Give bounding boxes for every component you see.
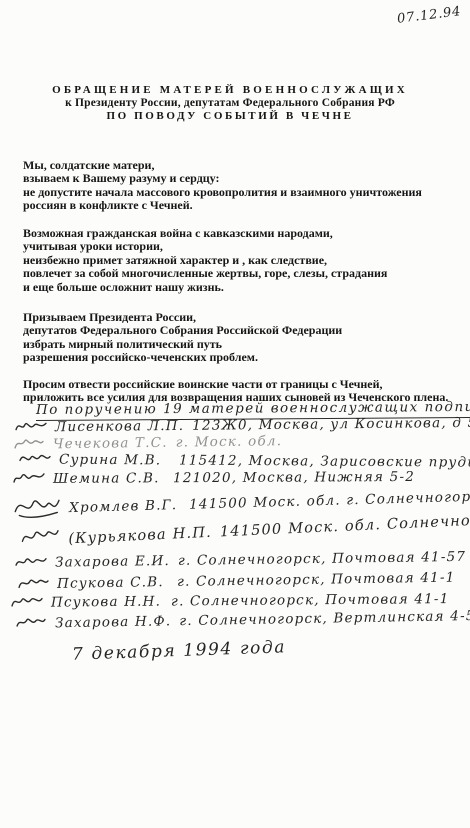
- scanned-letter-page: 07.12.94 ОБРАЩЕНИЕ МАТЕРЕЙ ВОЕННОСЛУЖАЩИ…: [0, 0, 470, 828]
- paragraph-appeal: Мы, солдатские матери, взываем к Вашему …: [23, 159, 422, 213]
- signature-scribble-icon: [15, 614, 47, 630]
- signatory-name: Захарова Е.И.: [55, 553, 170, 571]
- signatory-name: Сурина М.В.: [59, 452, 171, 469]
- signatory-address: г. Солнечногорск, Почтовая 41-1: [171, 591, 450, 609]
- signature-scribble-icon: [19, 450, 51, 465]
- text-line: Призываем Президента России,: [23, 311, 342, 324]
- signatory-address: г. Солнечногорск, Почтовая 41-1: [177, 570, 456, 590]
- text-line: не допустите начала массового кровопроли…: [23, 186, 422, 199]
- text-line: избрать мирный политический путь: [23, 338, 342, 351]
- paragraph-call: Призываем Президента России, депутатов Ф…: [23, 311, 342, 365]
- handwritten-date-stamp: 07.12.94: [396, 4, 462, 27]
- signature-scribble-icon: [11, 594, 43, 609]
- signatory-address: 123Ж0, Москва, ул Косинкова, д 5, кв 3: [192, 414, 470, 433]
- text-line: и еще больше осложнит нашу жизнь.: [23, 281, 387, 294]
- text-line: Возможная гражданская война с кавказским…: [23, 227, 387, 240]
- text-line: повлечет за собой многочисленные жертвы,…: [23, 267, 387, 280]
- signatory-name: Лисенкова Л.П.: [55, 418, 184, 435]
- text-line: Просим отвести российские воинские части…: [23, 378, 448, 391]
- signature-row: Псукова С.В. г. Солнечногорск, Почтовая …: [17, 569, 456, 593]
- signatory-address: г. Солнечногорск, Вертлинская 4-5: [179, 608, 470, 629]
- text-line: разрешения российско-чеченских проблем.: [23, 351, 342, 364]
- title-line-main: ОБРАЩЕНИЕ МАТЕРЕЙ ВОЕННОСЛУЖАЩИХ: [30, 84, 430, 96]
- signatory-name: Чечекова Т.С.: [53, 435, 168, 453]
- signature-scribble-icon: [13, 492, 62, 519]
- signature-scribble-icon: [20, 524, 61, 548]
- text-line: Мы, солдатские матери,: [23, 159, 422, 172]
- signature-scribble-icon: [15, 418, 47, 433]
- signatory-address: г. Солнечногорск, Почтовая 41-57: [178, 549, 466, 569]
- signature-scribble-icon: [17, 575, 49, 591]
- signatory-name: Хромлев В.Г.: [69, 497, 181, 516]
- signatory-address: г. Моск. обл.: [176, 433, 283, 450]
- signatory-name: Захарова Н.Ф.: [55, 613, 172, 631]
- text-line: депутатов Федерального Собрания Российск…: [23, 324, 342, 337]
- signature-row: Захарова Н.Ф. г. Солнечногорск, Вертлинс…: [15, 607, 470, 632]
- signature-row: Захарова Е.И. г. Солнечногорск, Почтовая…: [15, 548, 466, 571]
- text-line: учитывая уроки истории,: [23, 240, 387, 253]
- signature-scribble-icon: [13, 470, 45, 485]
- signatory-name: (Курьякова Н.П.: [68, 525, 212, 548]
- signatory-name: Шемина С.В.: [53, 470, 165, 487]
- document-title-block: ОБРАЩЕНИЕ МАТЕРЕЙ ВОЕННОСЛУЖАЩИХ к Прези…: [30, 84, 430, 122]
- handwritten-bottom-date: 7 декабря 1994 года: [72, 637, 287, 664]
- paragraph-warning: Возможная гражданская война с кавказским…: [23, 227, 387, 294]
- signatory-name: Псукова Н.Н.: [51, 594, 163, 611]
- signatory-address: 141500 Моск. обл. Солнечногорск,: [220, 511, 470, 541]
- signatory-name: Псукова С.В.: [57, 574, 169, 592]
- title-line-addressees: к Президенту России, депутатам Федеральн…: [30, 97, 430, 109]
- signature-scribble-icon: [13, 435, 45, 450]
- text-line: неизбежно примет затяжной характер и , к…: [23, 254, 387, 267]
- text-line: россиян в конфликте с Чечней.: [23, 199, 422, 212]
- text-line: взываем к Вашему разуму и сердцу:: [23, 172, 422, 185]
- title-line-subject: ПО ПОВОДУ СОБЫТИЙ В ЧЕЧНЕ: [30, 110, 430, 122]
- signature-scribble-icon: [15, 554, 47, 569]
